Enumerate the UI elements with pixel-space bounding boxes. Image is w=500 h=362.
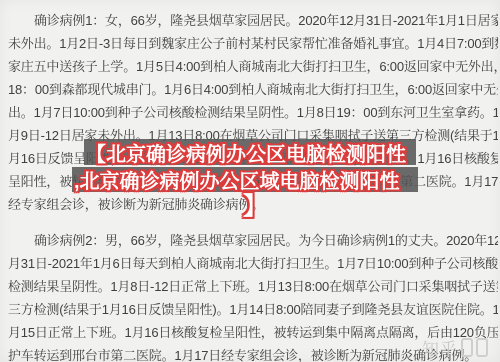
case2-line-3: 检测结果呈阴性。1月8日-12日正常上下班。1月13日8:00在烟草公司门口采集… bbox=[8, 275, 498, 298]
headline-band-1: 【北京确诊病例办公区电脑检测阳性 bbox=[84, 139, 416, 165]
watermark-glyph bbox=[461, 338, 473, 357]
case2-line-2: 月31日-2021年1月6日每天到柏人商城南北大街打扫卫生。1月7日10:00到… bbox=[8, 252, 498, 275]
headline-line-1: 【北京确诊病例办公区电脑检测阳性 bbox=[84, 138, 406, 167]
case1-line-5: 出。1月7日10:00到种子公司核酸检测结果呈阴性。1月8日19：00到东河卫生… bbox=[8, 101, 498, 124]
case1-line-3: 家庄五中送孩子上学。1月5日4:00到柏人商城南北大街打扫卫生，6:00返回家中… bbox=[8, 55, 498, 78]
case1-line-4: 18：00到森都现代城串门。1月6日4:00到柏人商城南北大街打扫卫生，6:00… bbox=[8, 78, 498, 101]
zhihu-watermark: 知乎 bbox=[422, 335, 488, 360]
article-screenshot: 确诊病例1：女，66岁，隆尧县烟草家园居民。2020年12月31日-2021年1… bbox=[0, 0, 500, 362]
case2-line-4: 三方检测(结果于1月16日反馈呈阳性)。1月14日8:00陪同妻子到隆尧县友谊医… bbox=[8, 298, 498, 321]
case1-line-1: 确诊病例1：女，66岁，隆尧县烟草家园居民。2020年12月31日-2021年1… bbox=[8, 9, 498, 32]
headline-line-2: ,北京确诊病例办公区域电脑检测阳性 bbox=[72, 165, 400, 194]
watermark-glyph bbox=[476, 338, 488, 357]
case1-line-2: 未外出。1月2日-3日每日到魏家庄公子前村某村民家帮忙准备婚礼事宜。1月4日7:… bbox=[8, 32, 498, 55]
case2-line-1: 确诊病例2：男，66岁，隆尧县烟草家园居民。为今日确诊病例1的丈夫。2020年1… bbox=[8, 229, 498, 252]
headline-closing-bracket: 】 bbox=[243, 186, 267, 221]
watermark-text: 知乎 bbox=[422, 335, 458, 360]
